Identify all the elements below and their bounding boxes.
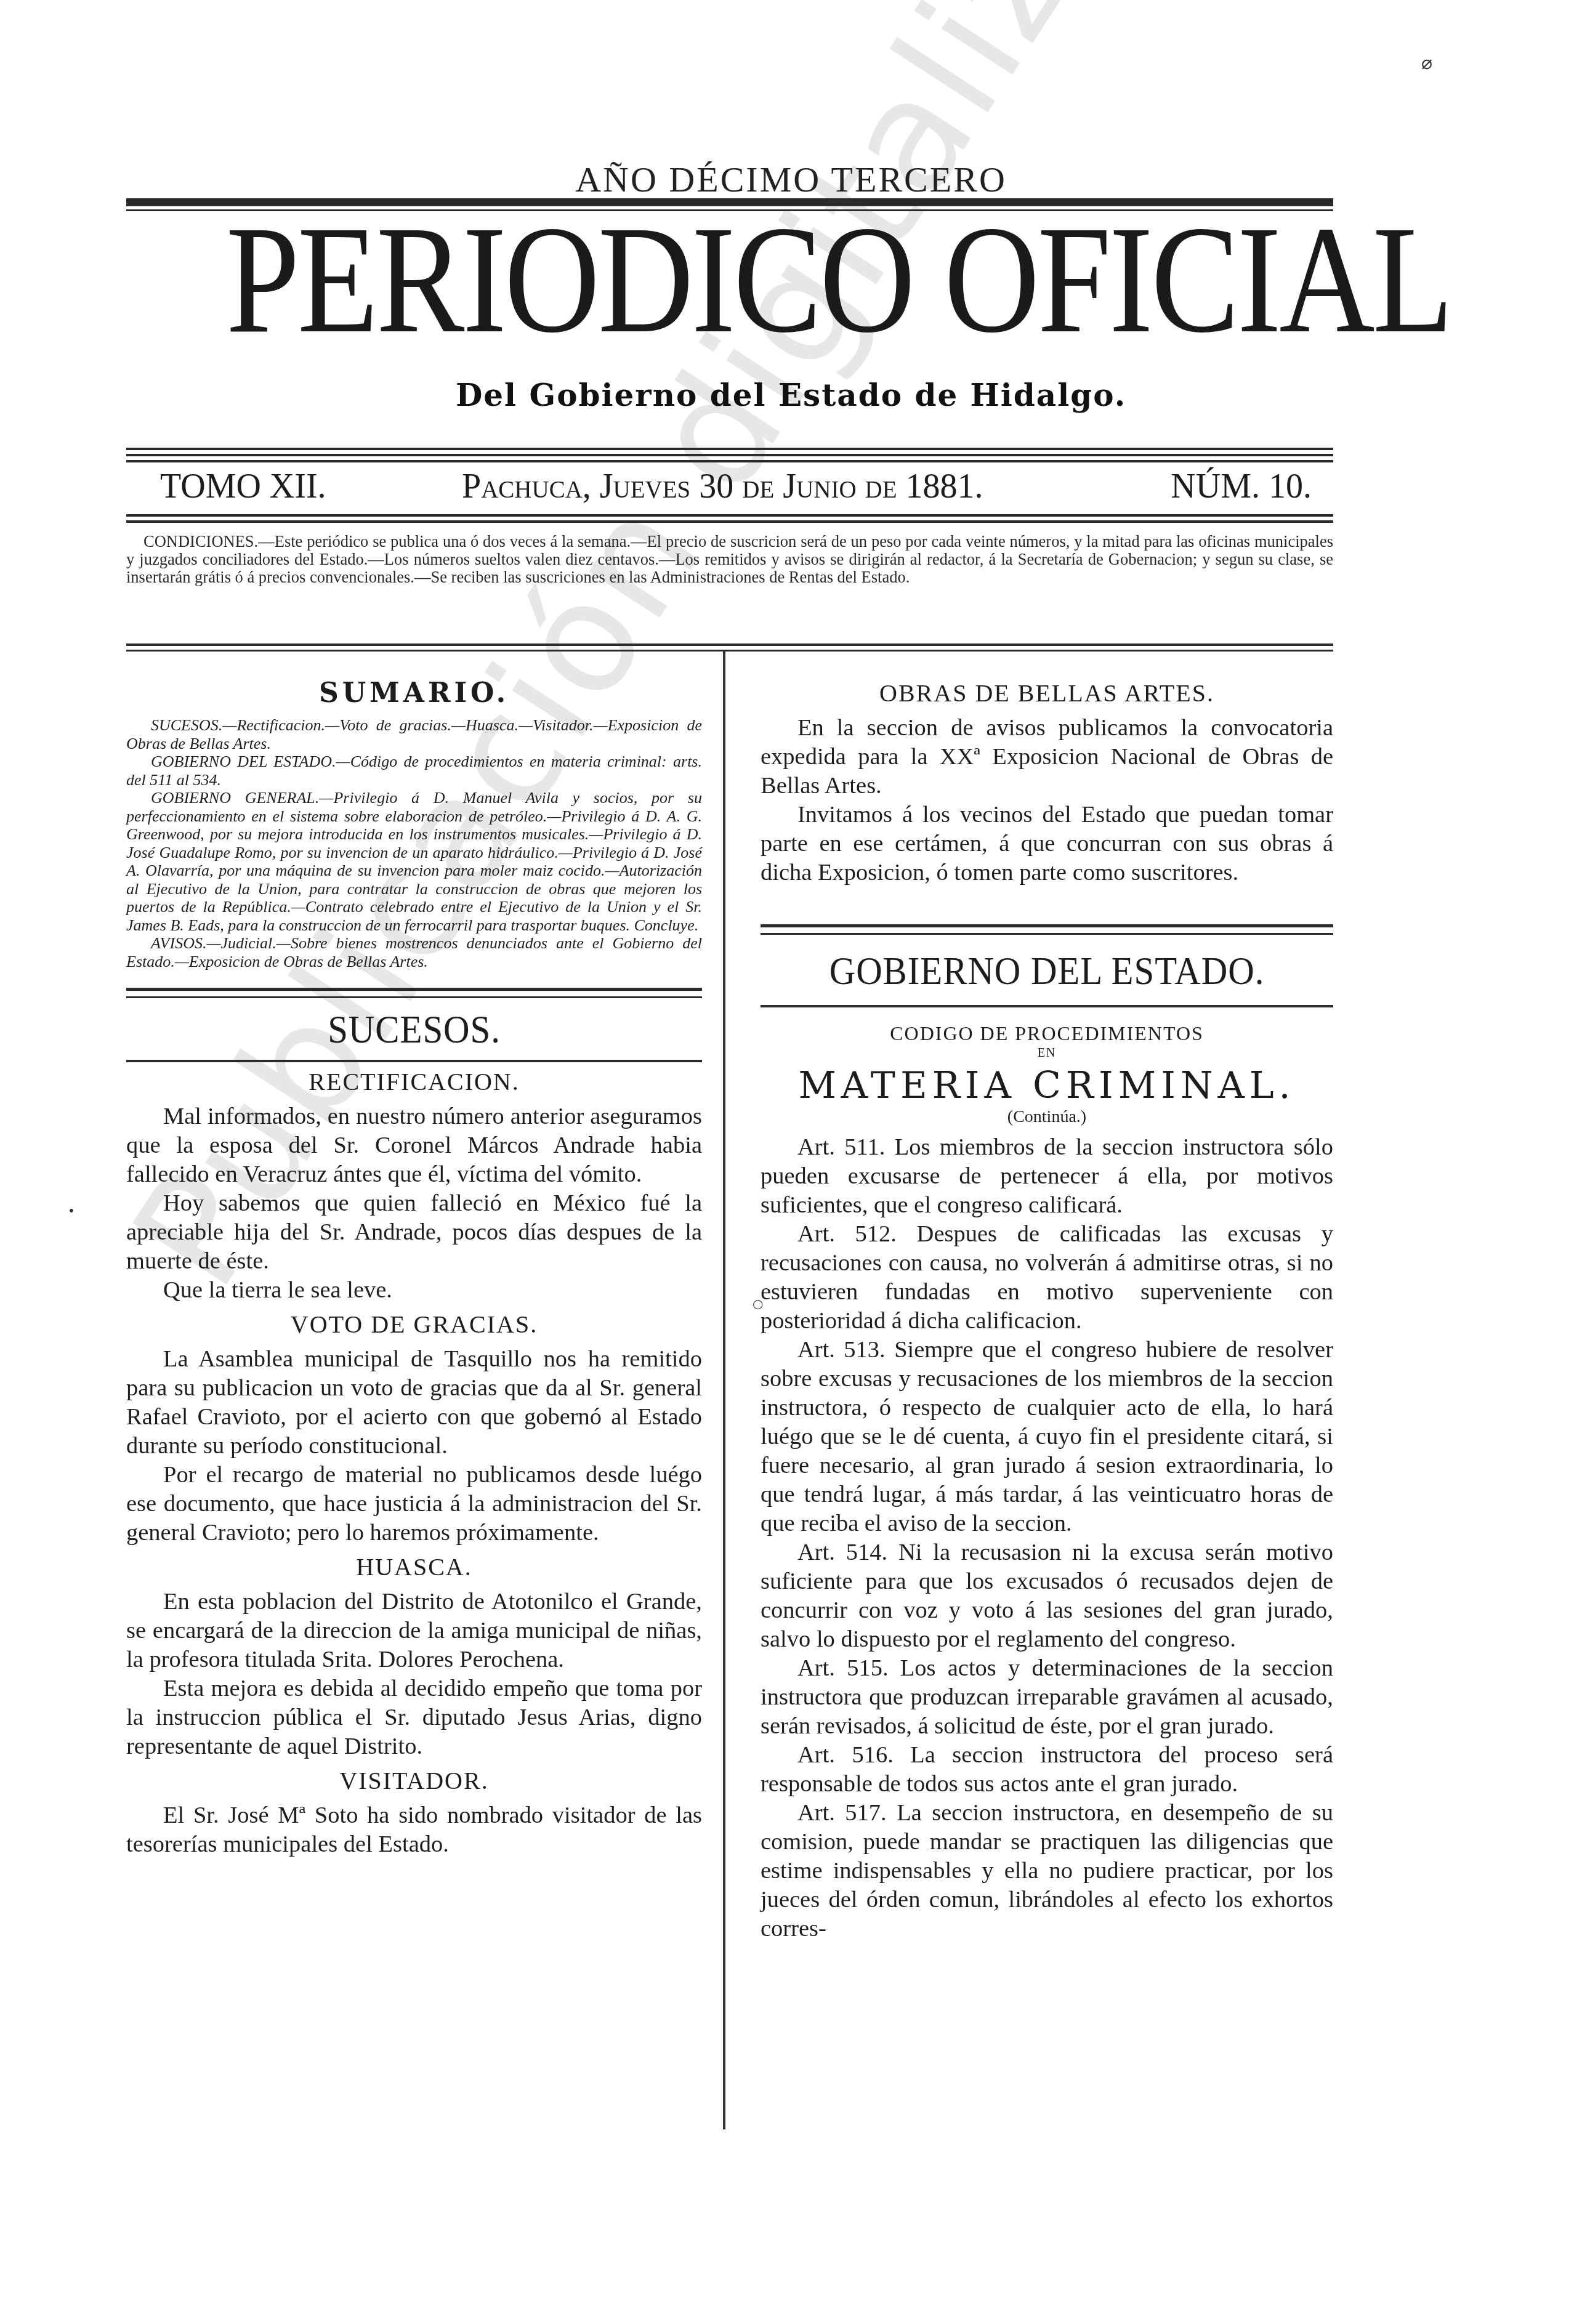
- sumario-title: SUMARIO.: [126, 677, 702, 709]
- newspaper-page: Publicación digitalizada ⌀ AÑO DÉCIMO TE…: [0, 0, 1582, 2324]
- newspaper-title: PERIODICO OFICIAL: [126, 203, 1333, 363]
- dateline: TOMO XII. Pachuca, Jueves 30 de Junio de…: [154, 467, 1312, 516]
- dateline-rule-bottom-1: [126, 514, 1333, 517]
- continua-note: (Continúa.): [761, 1107, 1333, 1127]
- paragraph: En esta poblacion del Distrito de Atoton…: [126, 1588, 702, 1674]
- place-date: Pachuca, Jueves 30 de Junio de 1881.: [462, 467, 983, 506]
- conditions-rule-2: [126, 650, 1333, 652]
- paragraph: Hoy sabemos que quien falleció en México…: [126, 1189, 702, 1276]
- margin-ring-icon: ○: [753, 1296, 763, 1311]
- obras-body: En la seccion de avisos publicamos la co…: [761, 714, 1333, 887]
- section-heading-rectificacion: RECTIFICACION.: [126, 1067, 702, 1096]
- paragraph: El Sr. José Mª Soto ha sido nombrado vis…: [126, 1801, 702, 1859]
- sumario-paragraph: AVISOS.—Judicial.—Sobre bienes mostrenco…: [126, 934, 702, 970]
- section-body-voto-de-gracias: La Asamblea municipal de Tasquillo nos h…: [126, 1345, 702, 1547]
- section-body-rectificacion: Mal informados, en nuestro número anteri…: [126, 1102, 702, 1305]
- year-line: AÑO DÉCIMO TERCERO: [0, 159, 1582, 200]
- conditions-text: CONDICIONES.—Este periódico se publica u…: [126, 533, 1333, 586]
- paragraph: La Asamblea municipal de Tasquillo nos h…: [126, 1345, 702, 1461]
- article-514: Art. 514. Ni la recusasion ni la excusa …: [761, 1538, 1333, 1654]
- column-divider: [723, 652, 725, 2129]
- newspaper-subtitle: Del Gobierno del Estado de Hidalgo.: [0, 377, 1582, 413]
- obras-heading: OBRAS DE BELLAS ARTES.: [761, 679, 1333, 708]
- sumario-paragraph: GOBIERNO GENERAL.—Privilegio á D. Manuel…: [126, 789, 702, 934]
- section-heading-visitador: VISITADOR.: [126, 1766, 702, 1795]
- article-511: Art. 511. Los miembros de la seccion ins…: [761, 1133, 1333, 1220]
- dateline-rule-bottom-2: [126, 520, 1333, 523]
- paragraph: Invitamos á los vecinos del Estado que p…: [761, 801, 1333, 887]
- sucesos-rule: [126, 1060, 702, 1062]
- code-title-line-2: EN: [761, 1046, 1333, 1060]
- paragraph: Esta mejora es debida al decidido empeño…: [126, 1674, 702, 1761]
- sumario-bottom-rule: [126, 988, 702, 998]
- gobierno-rule: [761, 1005, 1333, 1007]
- section-heading-huasca: HUASCA.: [126, 1552, 702, 1581]
- paragraph: Por el recargo de material no publicamos…: [126, 1461, 702, 1547]
- section-body-huasca: En esta poblacion del Distrito de Atoton…: [126, 1588, 702, 1761]
- article-517: Art. 517. La seccion instructora, en des…: [761, 1799, 1333, 1943]
- articles-body: Art. 511. Los miembros de la seccion ins…: [761, 1133, 1333, 1943]
- subscription-conditions: CONDICIONES.—Este periódico se publica u…: [126, 533, 1333, 586]
- issue-number: NÚM. 10.: [1171, 467, 1312, 506]
- article-516: Art. 516. La seccion instructora del pro…: [761, 1741, 1333, 1799]
- volume-label: TOMO XII.: [160, 467, 326, 506]
- section-body-visitador: El Sr. José Mª Soto ha sido nombrado vis…: [126, 1801, 702, 1859]
- section-heading-voto-de-gracias: VOTO DE GRACIAS.: [126, 1310, 702, 1339]
- right-column: OBRAS DE BELLAS ARTES. En la seccion de …: [761, 665, 1333, 1943]
- article-513: Art. 513. Siempre que el congreso hubier…: [761, 1336, 1333, 1538]
- code-title-line-3: MATERIA CRIMINAL.: [761, 1064, 1333, 1107]
- sumario-body: SUCESOS.—Rectificacion.—Voto de gracias.…: [126, 716, 702, 970]
- newspaper-title-text: PERIODICO OFICIAL: [226, 203, 1451, 357]
- sucesos-title: SUCESOS.: [149, 1007, 679, 1052]
- dateline-rule-top-2: [126, 454, 1333, 456]
- left-column: SUMARIO. SUCESOS.—Rectificacion.—Voto de…: [126, 665, 702, 1859]
- obras-bottom-rule: [761, 924, 1333, 935]
- article-515: Art. 515. Los actos y determinaciones de…: [761, 1654, 1333, 1741]
- sumario-paragraph: SUCESOS.—Rectificacion.—Voto de gracias.…: [126, 716, 702, 752]
- sumario-paragraph: GOBIERNO DEL ESTADO.—Código de procedimi…: [126, 752, 702, 789]
- paragraph: Que la tierra le sea leve.: [126, 1276, 702, 1305]
- dateline-rule-top-3: [126, 460, 1333, 462]
- margin-speck-icon: •: [68, 1204, 75, 1219]
- code-title-line-1: CODIGO DE PROCEDIMIENTOS: [761, 1022, 1333, 1045]
- gobierno-title: GOBIERNO DEL ESTADO.: [783, 948, 1310, 994]
- corner-ink-mark-icon: ⌀: [1421, 52, 1432, 74]
- paragraph: En la seccion de avisos publicamos la co…: [761, 714, 1333, 801]
- paragraph: Mal informados, en nuestro número anteri…: [126, 1102, 702, 1189]
- conditions-rule-1: [126, 644, 1333, 646]
- dateline-rule-top-1: [126, 448, 1333, 450]
- article-512: Art. 512. Despues de calificadas las exc…: [761, 1220, 1333, 1336]
